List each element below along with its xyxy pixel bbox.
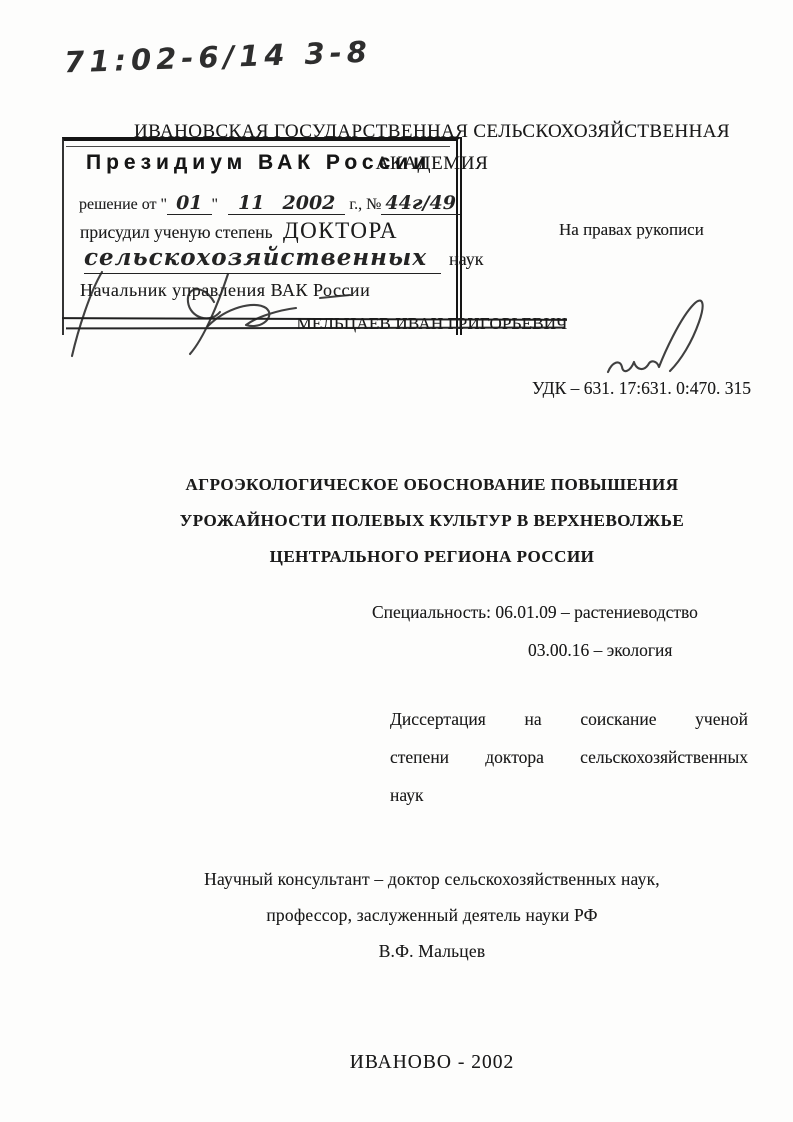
dissertation-type-paragraph: Диссертация на соискание ученой степени … <box>390 700 748 814</box>
dissertation-type-line: Диссертация на соискание ученой <box>390 700 748 738</box>
field-suffix: наук <box>449 249 483 269</box>
consultant-line: профессор, заслуженный деятель науки РФ <box>72 897 792 933</box>
decision-month: 11 <box>238 192 264 214</box>
handwritten-flourish <box>602 296 720 390</box>
stamp-field-line: сельскохозяйственныхнаук <box>84 244 484 271</box>
title-line: АГРОЭКОЛОГИЧЕСКОЕ ОБОСНОВАНИЕ ПОВЫШЕНИЯ <box>72 467 792 503</box>
stamp-inner-border <box>66 146 450 147</box>
dissertation-title: АГРОЭКОЛОГИЧЕСКОЕ ОБОСНОВАНИЕ ПОВЫШЕНИЯ … <box>72 467 792 575</box>
title-line: УРОЖАЙНОСТИ ПОЛЕВЫХ КУЛЬТУР В ВЕРХНЕВОЛЖ… <box>72 503 792 539</box>
stamp-decision-line: решение от "01"112002 г., №44г/49 <box>79 192 460 214</box>
stamp-degree-line: присудил ученую степень ДОКТОРА <box>80 218 398 244</box>
title-line: ЦЕНТРАЛЬНОГО РЕГИОНА РОССИИ <box>72 539 792 575</box>
udk-number: УДК – 631. 17:631. 0:470. 315 <box>532 378 751 399</box>
consultant-line: Научный консультант – доктор сельскохозя… <box>72 861 792 897</box>
degree-label: присудил ученую степень <box>80 222 273 242</box>
decision-number-handwritten: 44г/49 <box>381 192 460 215</box>
decision-year: 2002 <box>283 192 336 214</box>
stamp-header: Президиум ВАК России <box>86 151 431 175</box>
decision-label-from: решение от " <box>79 196 167 213</box>
decision-day-handwritten: 01 <box>167 192 211 215</box>
consultant-block: Научный консультант – доктор сельскохозя… <box>72 861 792 969</box>
dissertation-title-page: 71:02-6/14 3-8 ИВАНОВСКАЯ ГОСУДАРСТВЕННА… <box>0 0 793 1122</box>
specialty-line-2: 03.00.16 – экология <box>528 640 672 661</box>
degree-value: ДОКТОРА <box>283 218 398 243</box>
consultant-line: В.Ф. Мальцев <box>72 933 792 969</box>
city-year: ИВАНОВО - 2002 <box>72 1052 792 1074</box>
manuscript-rights-note: На правах рукописи <box>559 220 704 240</box>
archive-number-handwritten: 71:02-6/14 3-8 <box>64 35 373 80</box>
decision-close-quote: " <box>212 196 219 213</box>
specialty-line-1: Специальность: 06.01.09 – растениеводств… <box>372 602 698 623</box>
decision-label-year-no: г., № <box>349 196 381 213</box>
decision-month-year-handwritten: 112002 <box>228 192 345 215</box>
dissertation-type-line: наук <box>390 776 748 814</box>
dissertation-type-line: степени доктора сельскохозяйственных <box>390 738 748 776</box>
